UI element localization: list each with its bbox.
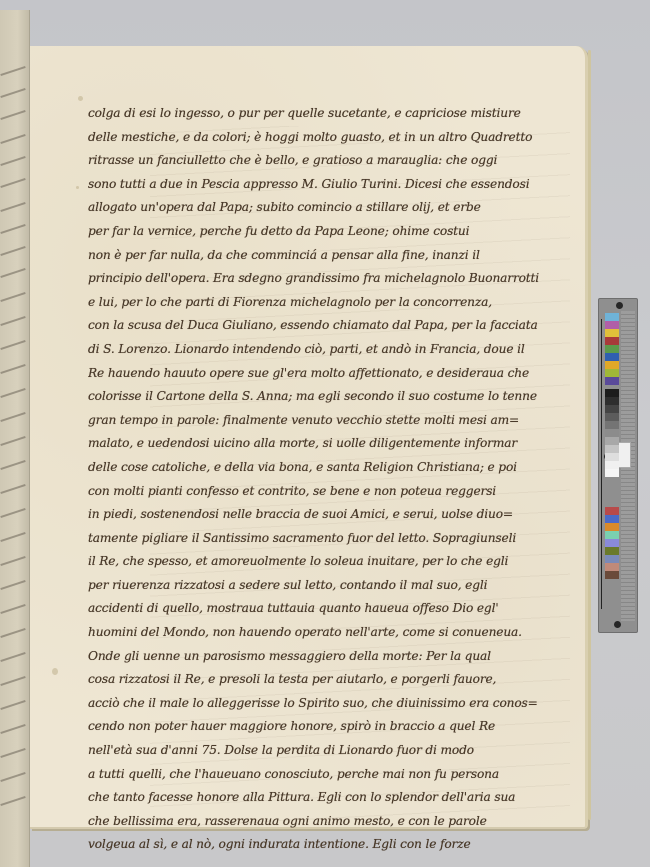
- paper-stain: [76, 186, 79, 189]
- color-swatch: [605, 329, 619, 337]
- color-swatch: [605, 531, 619, 539]
- paper-stain: [78, 96, 83, 101]
- color-swatch: [605, 389, 619, 397]
- text-line: principio dell'opera. Era sdegno grandis…: [88, 267, 568, 291]
- text-line: che bellissima era, rasserenaua ogni ani…: [88, 810, 568, 834]
- page-edge: [588, 50, 591, 820]
- color-swatch: [605, 397, 619, 405]
- text-line: accidenti di quello, mostraua tuttauia q…: [88, 597, 568, 621]
- text-line: non è per far nulla, da che comminciá a …: [88, 244, 568, 268]
- text-line: delle cose catoliche, e della via bona, …: [88, 456, 568, 480]
- color-swatch: [605, 563, 619, 571]
- color-swatch: [605, 429, 619, 437]
- color-swatch: [605, 523, 619, 531]
- text-line: con molti pianti confesso et contrito, s…: [88, 480, 568, 504]
- color-swatch: [605, 377, 619, 385]
- color-swatch: [605, 369, 619, 377]
- text-line: allogato un'opera dal Papa; subito comin…: [88, 196, 568, 220]
- previous-page-edge: [0, 10, 30, 867]
- text-line: il Re, che spesso, et amoreuolmente lo s…: [88, 550, 568, 574]
- chart-hole: [614, 621, 621, 628]
- color-swatch: [605, 405, 619, 413]
- text-line: e lui, per lo che parti di Fiorenza mich…: [88, 291, 568, 315]
- text-line: di S. Lorenzo. Lionardo intendendo ciò, …: [88, 338, 568, 362]
- text-line: con la scusa del Duca Giuliano, essendo …: [88, 314, 568, 338]
- color-swatch: [605, 539, 619, 547]
- text-line: colorisse il Cartone della S. Anna; ma e…: [88, 385, 568, 409]
- color-swatch: [605, 361, 619, 369]
- handwritten-text: colga di esi lo ingesso, o pur per quell…: [88, 102, 568, 857]
- text-line: per far la vernice, perche fu detto da P…: [88, 220, 568, 244]
- color-swatch: [605, 345, 619, 353]
- text-line: nell'età sua d'anni 75. Dolse la perdita…: [88, 739, 568, 763]
- chart-label-card: [617, 442, 631, 468]
- chart-hole: [616, 302, 623, 309]
- color-swatch: [605, 469, 619, 477]
- text-line: volgeua al sì, e al nò, ogni indurata in…: [88, 833, 568, 857]
- text-line: a tutti quelli, che l'haueuano conosciut…: [88, 763, 568, 787]
- text-line: per riuerenza rizzatosi a sedere sul let…: [88, 574, 568, 598]
- color-swatch: [605, 437, 619, 445]
- color-swatch: [605, 313, 619, 321]
- color-swatches: [605, 313, 619, 579]
- text-line: sono tutti a due in Pescia appresso M. G…: [88, 173, 568, 197]
- text-line: che tanto facesse honore alla Pittura. E…: [88, 786, 568, 810]
- text-line: in piedi, sostenendosi nelle braccia de …: [88, 503, 568, 527]
- color-swatch: [605, 515, 619, 523]
- color-calibration-chart: [598, 298, 638, 633]
- text-line: ritrasse un fanciulletto che è bello, e …: [88, 149, 568, 173]
- color-swatch: [605, 421, 619, 429]
- text-line: malato, e uedendosi uicino alla morte, s…: [88, 432, 568, 456]
- color-swatch: [605, 353, 619, 361]
- text-line: cosa rizzatosi il Re, e presoli la testa…: [88, 668, 568, 692]
- color-swatch: [605, 321, 619, 329]
- paper-stain: [52, 668, 58, 675]
- text-line: Re hauendo hauuto opere sue gl'era molto…: [88, 362, 568, 386]
- color-swatch: [605, 337, 619, 345]
- color-swatch: [605, 413, 619, 421]
- text-line: colga di esi lo ingesso, o pur per quell…: [88, 102, 568, 126]
- color-swatch: [605, 571, 619, 579]
- text-line: delle mestiche, e da colori; è hoggi mol…: [88, 126, 568, 150]
- color-swatch: [605, 507, 619, 515]
- color-swatch: [605, 453, 619, 461]
- text-line: gran tempo in parole: finalmente venuto …: [88, 409, 568, 433]
- color-swatch: [605, 555, 619, 563]
- manuscript-page: colga di esi lo ingesso, o pur per quell…: [30, 46, 588, 829]
- text-line: cendo non poter hauer maggiore honore, s…: [88, 715, 568, 739]
- text-line: tamente pigliare il Santissimo sacrament…: [88, 527, 568, 551]
- color-swatch: [605, 445, 619, 453]
- color-swatch: [605, 461, 619, 469]
- text-line: huomini del Mondo, non hauendo operato n…: [88, 621, 568, 645]
- text-line: acciò che il male lo alleggerisse lo Spi…: [88, 692, 568, 716]
- color-swatch: [605, 547, 619, 555]
- text-line: Onde gli uenne un parosismo messaggiero …: [88, 645, 568, 669]
